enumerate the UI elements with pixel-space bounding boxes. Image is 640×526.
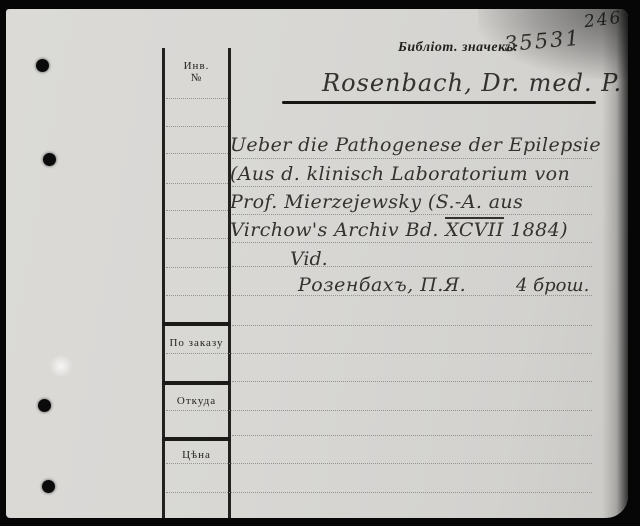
title-line-1: Ueber die Pathogenese der Epilepsie [230, 134, 601, 156]
ruled-line [166, 463, 592, 464]
ruled-line [166, 153, 228, 154]
inventory-label-line1: Инв. [162, 60, 231, 72]
copies-count: 4 брош. [516, 275, 589, 296]
ruled-line [166, 183, 228, 184]
vid-note: Vid. [290, 248, 328, 270]
scanned-catalog-card: Инв. № По заказу Откуда Цѣна Библіот. зн… [0, 0, 640, 526]
ruled-line [232, 214, 592, 215]
inventory-label-line2: № [162, 72, 231, 84]
ruled-line [232, 266, 592, 267]
ruled-line [166, 295, 228, 296]
sidebar-label-price: Цѣна [162, 449, 231, 461]
title-line-2: (Aus d. klinisch Laboratorium von [230, 163, 570, 185]
heading-underline [282, 101, 596, 104]
title-line-3: Prof. Mierzejewsky (S.-A. aus [230, 191, 523, 213]
paper-smudge [48, 355, 74, 377]
ruled-line [166, 410, 592, 411]
section-divider [162, 437, 231, 441]
catalog-card-paper: Инв. № По заказу Откуда Цѣна Библіот. зн… [6, 9, 628, 518]
ruled-line [166, 353, 592, 354]
ruled-line [232, 325, 592, 326]
column-rule-right [228, 48, 231, 518]
ruled-line [166, 210, 228, 211]
ruled-line [232, 158, 592, 159]
ruled-line [166, 492, 592, 493]
ruled-line [166, 126, 228, 127]
ruled-line [232, 435, 592, 436]
ruled-line [232, 242, 592, 243]
column-rule-left [162, 48, 165, 518]
scan-edge-shadow [602, 9, 628, 518]
ruled-line [166, 238, 228, 239]
title-line-4: Virchow's Archiv Bd. XCVII 1884) [230, 219, 568, 241]
section-divider [162, 381, 231, 385]
volume-roman-numeral: XCVII [445, 217, 503, 241]
author-cyrillic: Розенбахъ, П.Я. [298, 274, 466, 296]
punch-hole [42, 480, 55, 493]
title-line-4-suffix: 1884) [504, 219, 568, 241]
section-divider [162, 322, 231, 326]
punch-hole [38, 399, 51, 412]
sidebar-label-inventory: Инв. № [162, 60, 231, 84]
punch-hole [36, 59, 49, 72]
ruled-line [166, 267, 228, 268]
punch-hole [43, 153, 56, 166]
sidebar-label-origin: Откуда [162, 395, 231, 407]
title-line-4-prefix: Virchow's Archiv Bd. [230, 219, 445, 241]
ruled-line [232, 186, 592, 187]
sidebar-label-on-order: По заказу [162, 337, 231, 349]
ruled-line [166, 98, 228, 99]
ruled-line [232, 381, 592, 382]
